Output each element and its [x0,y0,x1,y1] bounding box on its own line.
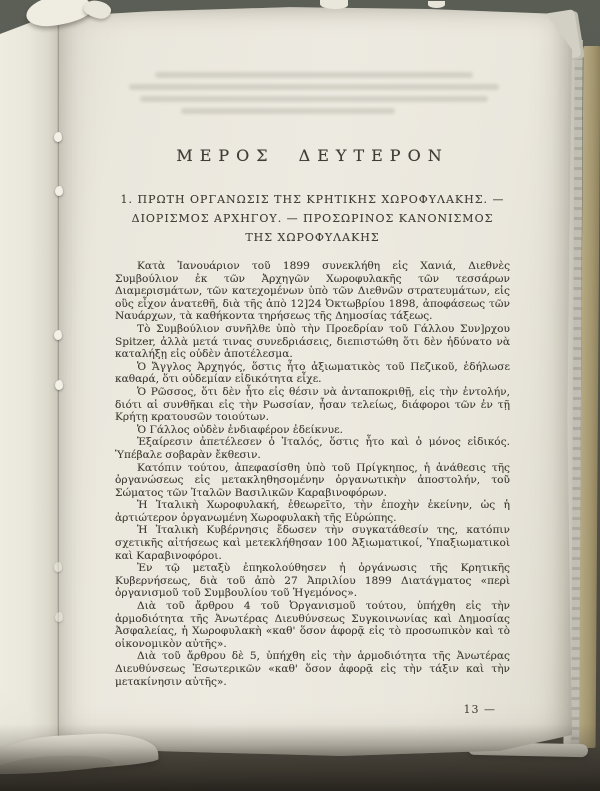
torn-paper-fragment [428,1,445,8]
body-paragraph: Κατὰ Ἰανουάριον τοῦ 1899 συνεκλήθη εἰς Χ… [115,260,510,323]
left-page [0,0,59,772]
body-paragraph: Ὁ Ρῶσσος, ὅτι δὲν ἦτο εἰς θέσιν νὰ ἀνταπ… [115,386,510,424]
book-page: ΜΕΡΟΣ ΔΕΥΤΕΡΟΝ 1. ΠΡΩΤΗ ΟΡΓΑΝΩΣΙΣ ΤΗΣ ΚΡ… [59,6,572,756]
section-heading-line: ΤΗΣ ΧΩΡΟΦΥΛΑΚΗΣ [115,228,510,247]
body-paragraph: Διὰ τοῦ ἄρθρου δὲ 5, ὑπήχθη εἰς τὴν ἁρμο… [115,650,510,688]
body-paragraph: Διὰ τοῦ ἄρθρου 4 τοῦ Ὀργανισμοῦ τούτου, … [115,600,510,650]
stitch-thread [54,132,62,142]
section-heading: 1. ΠΡΩΤΗ ΟΡΓΑΝΩΣΙΣ ΤΗΣ ΚΡΗΤΙΚΗΣ ΧΩΡΟΦΥΛΑ… [115,190,510,247]
torn-paper-fragment [320,0,348,9]
body-paragraph: Κατόπιν τούτου, ἀπεφασίσθη ὑπὸ τοῦ Πρίγκ… [115,462,510,500]
stitch-thread [55,612,63,622]
section-heading-line: ΔΙΟΡΙΣΜΟΣ ΑΡΧΗΓΟΥ. — ΠΡΟΣΩΡΙΝΟΣ ΚΑΝΟΝΙΣΜ… [115,209,510,228]
body-paragraph: Ἐξαίρεσιν ἀπετέλεσεν ὁ Ἰταλός, ὅστις ἦτο… [115,436,510,461]
body-paragraph: Ὁ Ἄγγλος Ἀρχηγός, ὅστις ἦτο ἀξιωματικὸς … [115,361,510,386]
section-heading-line: 1. ΠΡΩΤΗ ΟΡΓΑΝΩΣΙΣ ΤΗΣ ΚΡΗΤΙΚΗΣ ΧΩΡΟΦΥΛΑ… [115,190,510,209]
stitch-thread [54,562,62,572]
body-text: Κατὰ Ἰανουάριον τοῦ 1899 συνεκλήθη εἰς Χ… [115,260,510,688]
photo-scene: ΜΕΡΟΣ ΔΕΥΤΕΡΟΝ 1. ΠΡΩΤΗ ΟΡΓΑΝΩΣΙΣ ΤΗΣ ΚΡ… [0,0,600,791]
body-paragraph: Ἐν τῷ μεταξὺ ἐπηκολούθησεν ἡ ὀργάνωσις τ… [115,562,510,600]
stitch-thread [54,330,62,340]
body-paragraph: Τὸ Συμβούλιον συνῆλθε ὑπὸ τὴν Προεδρίαν … [115,323,510,361]
body-paragraph: Ἡ Ἰταλικὴ Κυβέρνησις ἔδωσεν τὴν συγκατάθ… [115,524,510,562]
body-paragraph: Ὁ Γάλλος οὐδὲν ἐνδιαφέρον ἐδείκνυε. [115,424,510,437]
stitch-thread [55,186,63,196]
page-number: 13 — [115,703,510,716]
show-through-text [129,72,499,120]
body-paragraph: Ἡ Ἰταλικὴ Χωροφυλακή, ἐθεωρεῖτο, τὴν ἐπο… [115,499,510,524]
part-title: ΜΕΡΟΣ ΔΕΥΤΕΡΟΝ [115,146,510,165]
stitch-thread [55,380,63,390]
